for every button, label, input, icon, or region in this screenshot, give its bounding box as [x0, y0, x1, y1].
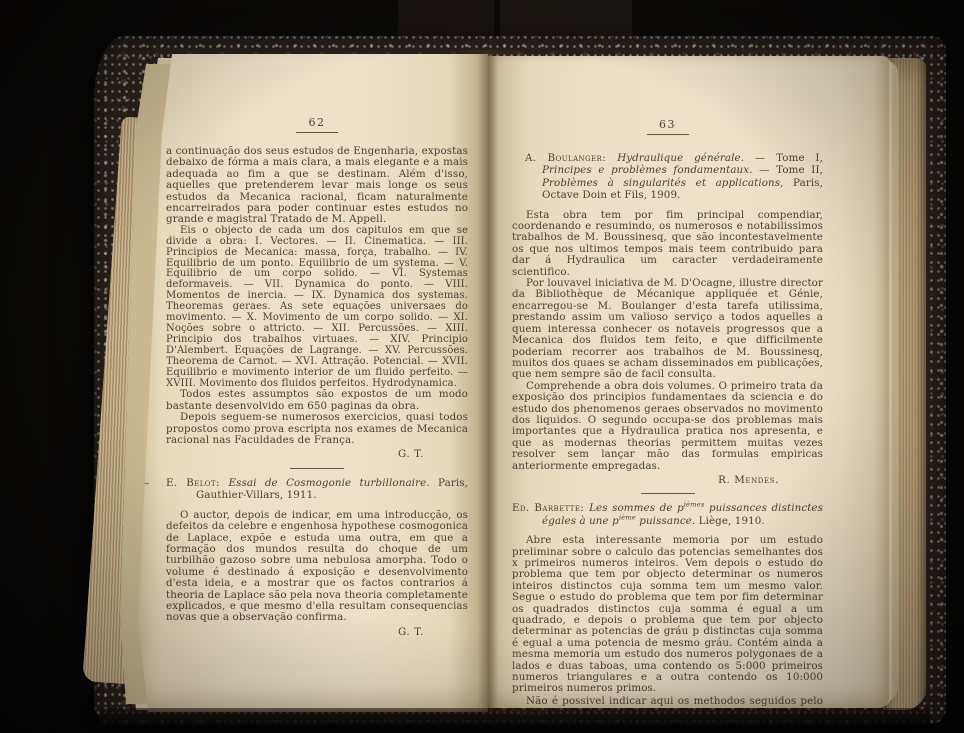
left-page: 62 a continuação dos seus estudos de Eng… [138, 54, 488, 712]
entry-author: E. Belot: [166, 477, 228, 489]
review-paragraph: Por louvavel iniciativa de M. D'Ocagne, … [512, 278, 823, 381]
bibliography-entry-belot: —E. Belot: Essai de Cosmogonie turbillon… [166, 477, 468, 502]
entry-title: Hydraulique générale. [617, 152, 744, 164]
left-page-text-block: a continuação dos seus estudos de Engenh… [166, 146, 468, 640]
entry-superscript: ièmes [684, 501, 705, 509]
entry-author: Ed. Barbette: [512, 502, 589, 514]
entry-superscript: ième [619, 513, 636, 521]
review-paragraph: Comprehende a obra dois volumes. O prime… [512, 381, 823, 472]
page-number-rule [296, 132, 338, 133]
review-paragraph: Esta obra tem por fim principal compendi… [512, 210, 823, 278]
reviewer-signature: R. Mendes. [512, 475, 779, 486]
page-number-left: 62 [166, 116, 468, 133]
review-paragraph: a continuação dos seus estudos de Engenh… [166, 146, 468, 226]
chapter-list-paragraph: Eis o objecto de cada um dos capitulos e… [166, 226, 468, 390]
entry-imprint: Liège, 1910. [695, 515, 765, 527]
reviewer-signature: G. T. [166, 449, 424, 460]
reviewer-signature: G. T. [166, 627, 424, 638]
review-paragraph-continued: Não é possivel indicar aqui os methodos … [512, 696, 823, 719]
entry-title: Essai de Cosmogonie turbillonaire. [228, 477, 429, 489]
photo-background: 62 a continuação dos seus estudos de Eng… [0, 0, 964, 733]
entry-title: Problèmes à singularités et applications [542, 177, 780, 189]
entry-tome-label: — Tome II, [753, 164, 823, 176]
review-paragraph: Todos estes assumptos são expostos de um… [166, 389, 468, 412]
page-number-right: 63 [512, 118, 823, 135]
entry-tome-label: — Tome I, [744, 152, 823, 164]
page-number-rule [647, 134, 689, 135]
bibliography-entry-boulanger: A. Boulanger: Hydraulique générale. — To… [525, 152, 823, 202]
page-number-right-value: 63 [659, 118, 676, 131]
page-number-left-value: 62 [309, 116, 326, 129]
review-paragraph: O auctor, depois de indicar, em uma intr… [166, 510, 468, 624]
entry-title: puissance. [636, 515, 695, 527]
entry-title: Les sommes de p [589, 502, 684, 514]
bibliography-entry-barbette: Ed. Barbette: Les sommes de pièmes puiss… [512, 502, 823, 527]
entry-author: A. Boulanger: [525, 152, 617, 164]
entry-title: Principes e problèmes fondamentaux. [542, 164, 753, 176]
right-page-text-block: A. Boulanger: Hydraulique générale. — To… [512, 146, 823, 719]
section-divider-rule [290, 468, 344, 469]
section-divider-rule [641, 493, 695, 494]
right-page: 63 A. Boulanger: Hydraulique générale. —… [487, 56, 889, 708]
review-paragraph: Depois seguem-se numerosos exercicios, q… [166, 412, 468, 446]
review-paragraph: Abre esta interessante memoria por um es… [512, 535, 823, 695]
